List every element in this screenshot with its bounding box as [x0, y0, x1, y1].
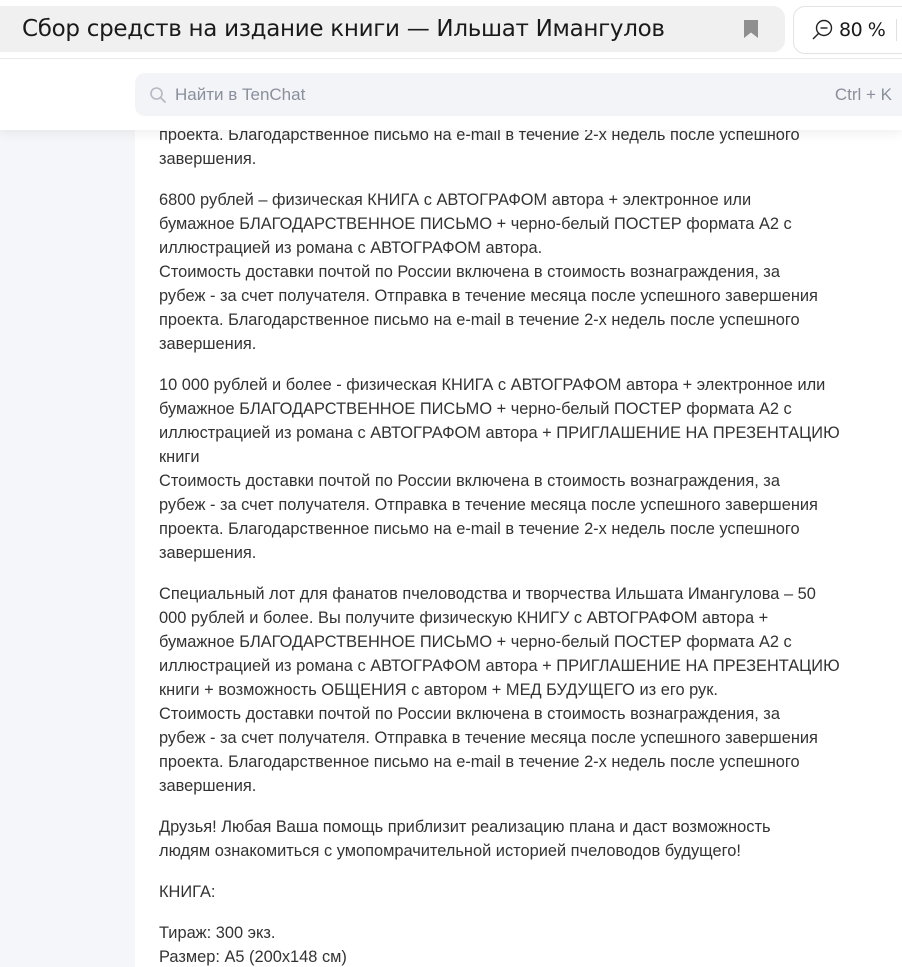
tenchat-header: Ctrl + K [0, 59, 902, 130]
page-title: Сбор средств на издание книги — Ильшат И… [22, 16, 672, 42]
search-bar[interactable]: Ctrl + K [135, 73, 902, 116]
browser-toolbar: Сбор средств на издание книги — Ильшат И… [0, 0, 902, 59]
search-input[interactable] [173, 84, 737, 106]
post-body: проекта. Благодарственное письмо на e-ma… [159, 123, 894, 967]
paragraph-reward-6800: 6800 рублей – физическая КНИГА с АВТОГРА… [159, 188, 894, 356]
search-icon [149, 86, 167, 104]
paragraph-reward-special-lot: Специальный лот для фанатов пчеловодства… [159, 582, 894, 798]
paragraph-book-specs: Тираж: 300 экз. Размер: А5 (200х148 см) [159, 921, 894, 967]
paragraph-reward-tail: проекта. Благодарственное письмо на e-ma… [159, 123, 894, 171]
paragraph-appeal: Друзья! Любая Ваша помощь приблизит реал… [159, 815, 894, 863]
page-title-bar[interactable]: Сбор средств на издание книги — Ильшат И… [0, 6, 785, 52]
paragraph-reward-10000: 10 000 рублей и более - физическая КНИГА… [159, 373, 894, 565]
zoom-control[interactable]: 80 % [793, 6, 902, 54]
zoom-out-icon[interactable] [811, 19, 833, 41]
paragraph-book-heading: КНИГА: [159, 880, 894, 904]
bookmark-icon[interactable] [743, 19, 759, 39]
search-shortcut-hint: Ctrl + K [835, 85, 892, 105]
zoom-level: 80 % [839, 19, 885, 41]
divider [896, 19, 897, 41]
